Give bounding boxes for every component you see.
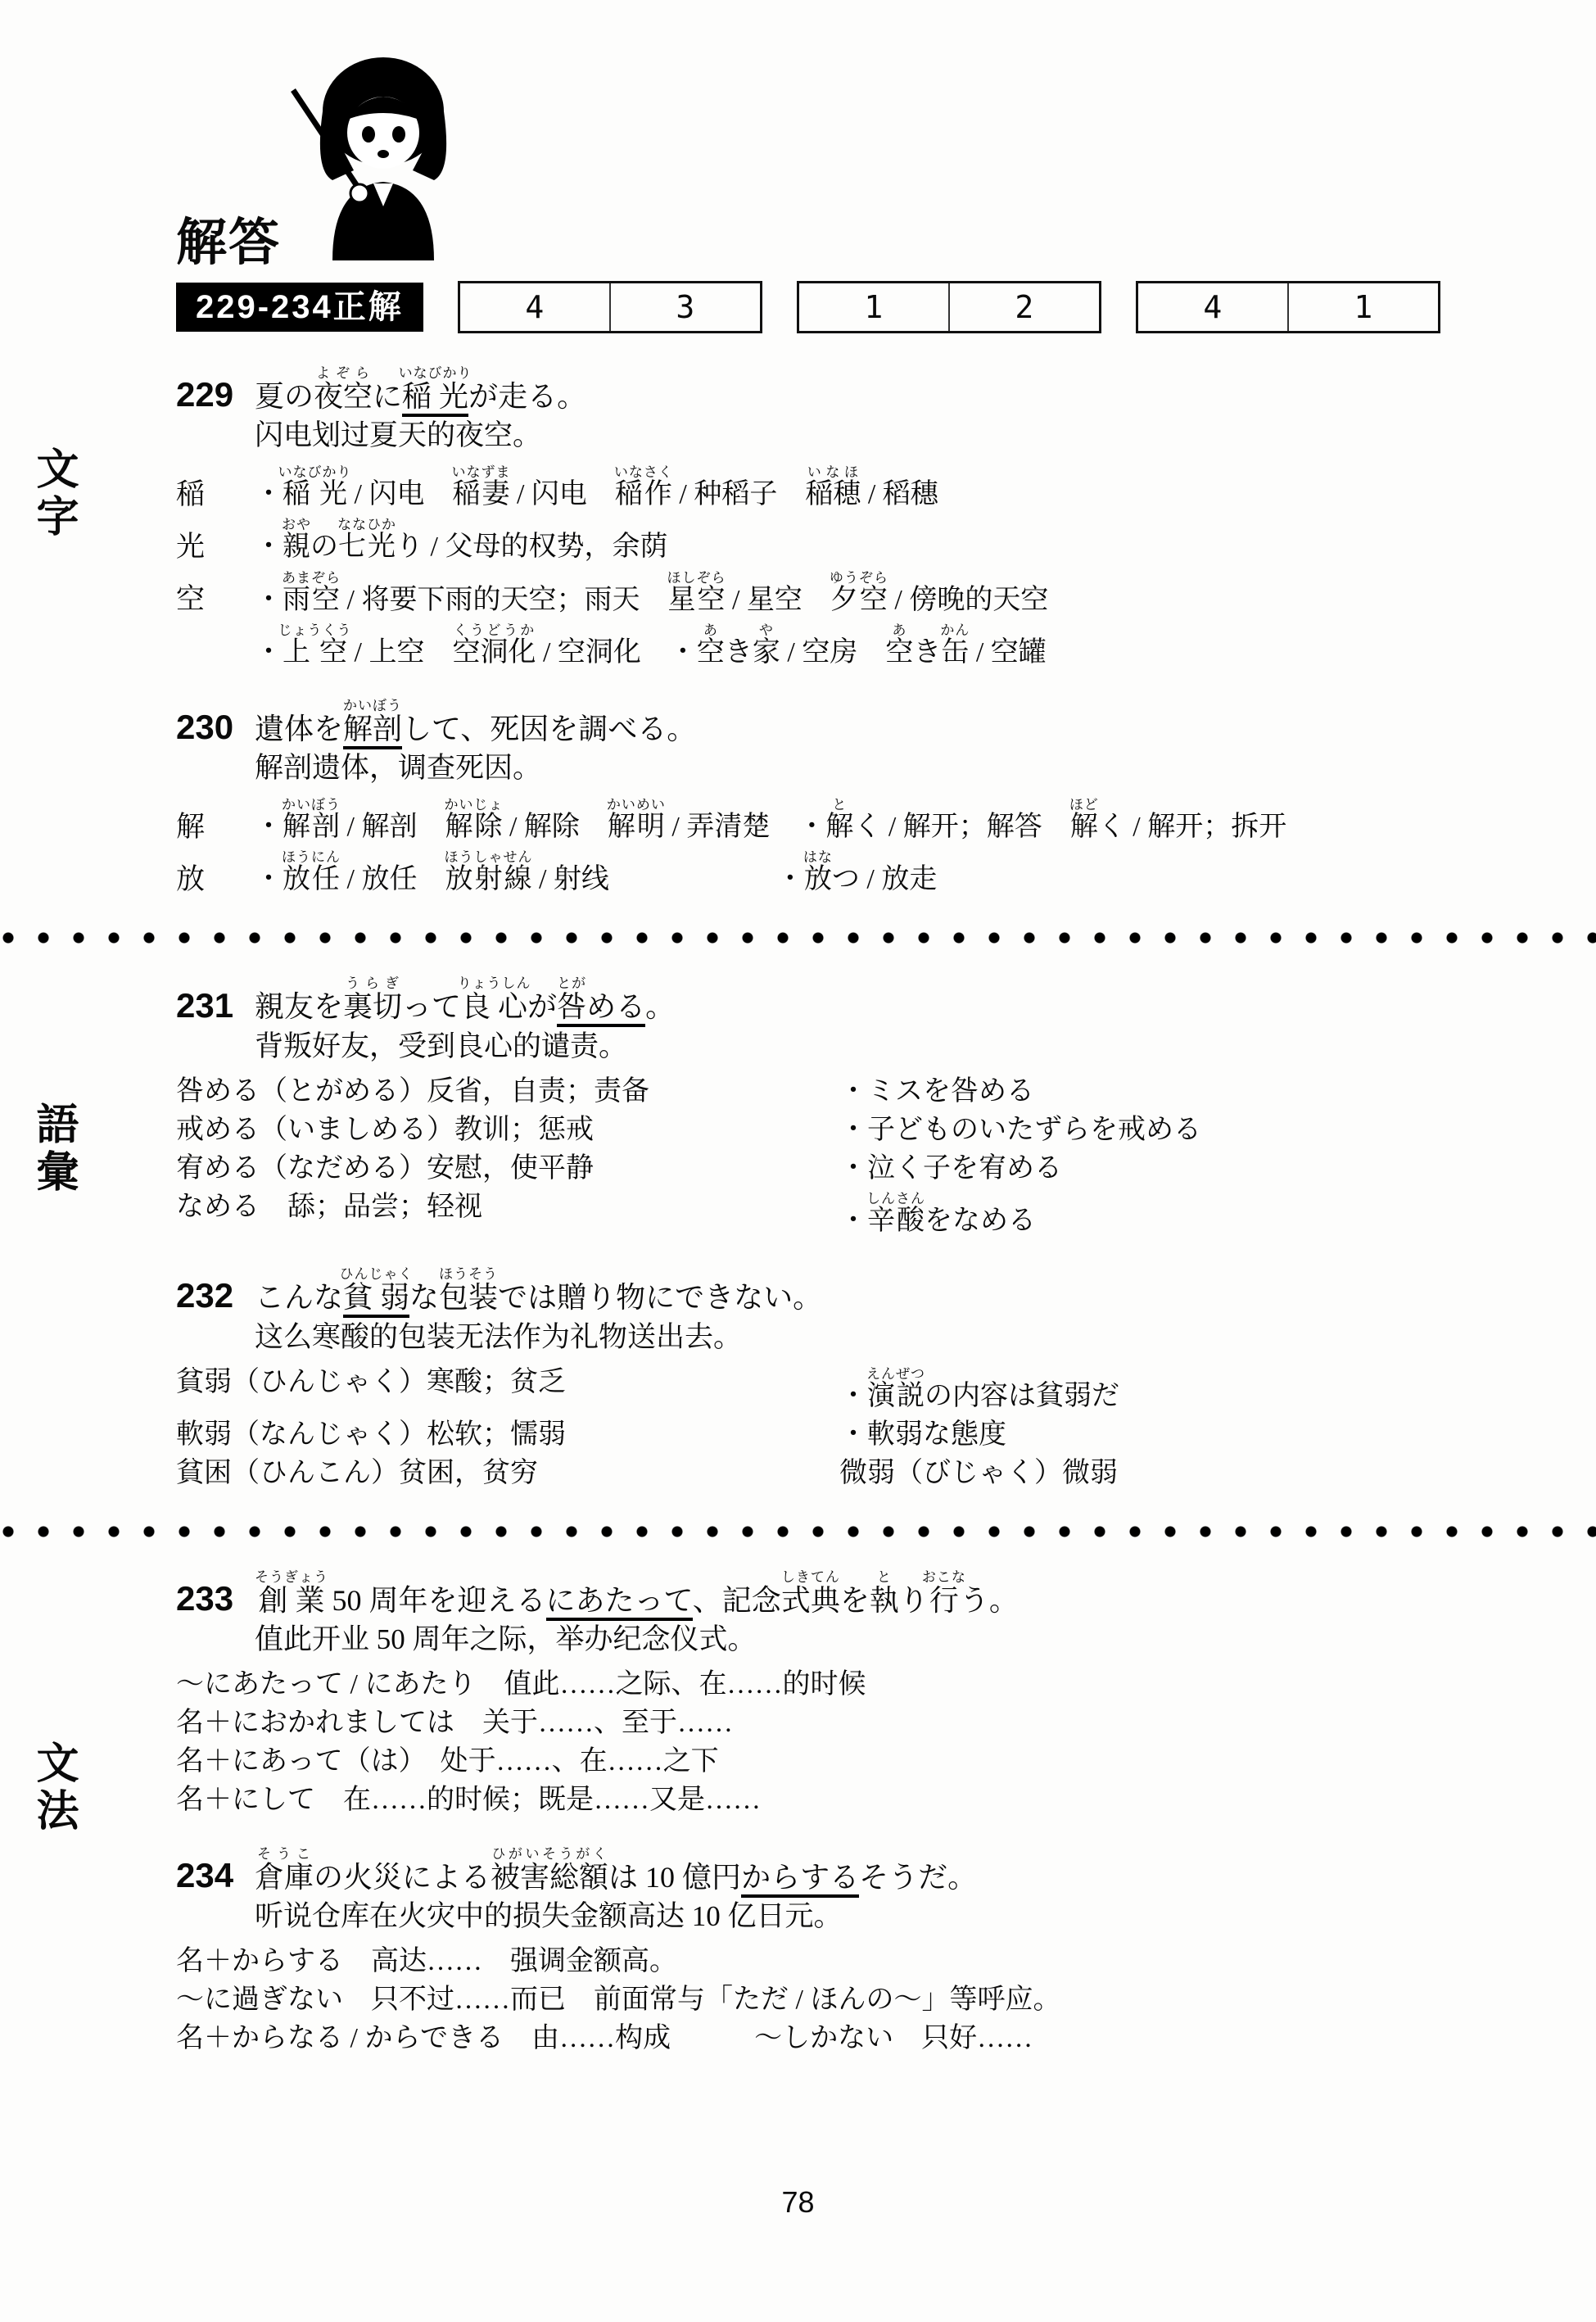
- question-number: 234: [176, 1857, 255, 1894]
- textbook-answer-page: 文字 語彙 文法 解答 229-234正解: [0, 0, 1596, 2322]
- chinese-translation: 听说仓库在火灾中的损失金额高达 10 亿日元。: [255, 1899, 1568, 1934]
- dotted-separator: [0, 930, 1596, 946]
- row-text: ・子どものいたずらを戒める: [839, 1114, 1201, 1146]
- row-text: ・放任ほうにん / 放任 放射線ほうしゃせん / 射线 ・放はなつ / 放走: [255, 849, 937, 895]
- explanation-row: ・上空じょうくう / 上空 空洞化くうどうか / 空洞化 ・空あき家や / 空房…: [176, 622, 1568, 668]
- row-text: ・雨空あまぞら / 将要下雨的天空；雨天 星空ほしぞら / 星空 夕空ゆうぞら …: [255, 570, 1048, 616]
- explanation-rows: ～にあたって / にあたり 值此……之际、在……的时候名＋におかれましては 关于…: [176, 1668, 1568, 1816]
- explanation-row: 貧弱（ひんじゃく）寒酸；贫乏・演説えんぜつの内容は貧弱だ: [176, 1366, 1568, 1412]
- row-text: ・解剖かいぼう / 解剖 解除かいじょ / 解除 解明かいめい / 弄清楚 ・解…: [255, 797, 1286, 843]
- explanation-rows: 貧弱（ひんじゃく）寒酸；贫乏・演説えんぜつの内容は貧弱だ軟弱（なんじゃく）松软；…: [176, 1366, 1568, 1489]
- row-text: ・泣く子を宥める: [839, 1152, 1062, 1184]
- margin-label-goi: 語彙: [23, 1102, 84, 1197]
- explanation-row: 戒める（いましめる）教训；惩戒・子どものいたずらを戒める: [176, 1114, 1568, 1146]
- explanation-rows: 咎める（とがめる）反省，自责；责备・ミスを咎める戒める（いましめる）教训；惩戒・…: [176, 1075, 1568, 1237]
- row-text: 軟弱（なんじゃく）松软；懦弱: [176, 1419, 839, 1451]
- row-text: 貧弱（ひんじゃく）寒酸；贫乏: [176, 1366, 839, 1412]
- page-title: 解答: [176, 201, 281, 274]
- explanation-row: 名＋からなる / からできる 由……构成 ～しかない 只好……: [176, 2022, 1568, 2054]
- question-section: 232 こんな貧弱ひんじゃくな包装ほうそうでは贈り物にできない。 这么寒酸的包装…: [176, 1266, 1568, 1489]
- answer-cell: 3: [609, 283, 760, 331]
- kanji-key: 放: [176, 864, 255, 896]
- explanation-row: なめる 舔；品尝；轻视・辛酸しんさんをなめる: [176, 1191, 1568, 1237]
- answer-cell: 2: [948, 283, 1099, 331]
- explanation-row: 解・解剖かいぼう / 解剖 解除かいじょ / 解除 解明かいめい / 弄清楚 ・…: [176, 797, 1568, 843]
- margin-label-bunpo: 文法: [23, 1740, 84, 1835]
- question-section: 230 遺体を解剖かいぼうして、死因を調べる。 解剖遗体，调查死因。 解・解剖か…: [176, 698, 1568, 896]
- row-text: 名＋にあって（は） 处于……、在……之下: [176, 1745, 719, 1777]
- question-heading-line: 233 創業そうぎょう 50 周年を迎えるにあたって、記念式典しきてんを執とり行…: [176, 1569, 1568, 1618]
- answer-cell: 4: [460, 283, 609, 331]
- question-sentence: 創業そうぎょう 50 周年を迎えるにあたって、記念式典しきてんを執とり行おこなう…: [255, 1569, 1019, 1618]
- chinese-translation: 值此开业 50 周年之际，举办纪念仪式。: [255, 1623, 1568, 1657]
- question-sentence: こんな貧弱ひんじゃくな包装ほうそうでは贈り物にできない。: [255, 1266, 822, 1315]
- dotted-separator: [0, 1523, 1596, 1540]
- answer-range-label: 229-234正解: [176, 283, 423, 332]
- question-sentence: 夏の夜空よぞらに稲光いなびかりが走る。: [255, 365, 586, 414]
- explanation-row: 空・雨空あまぞら / 将要下雨的天空；雨天 星空ほしぞら / 星空 夕空ゆうぞら…: [176, 570, 1568, 616]
- row-text: ・軟弱な態度: [839, 1419, 1006, 1451]
- explanation-rows: 解・解剖かいぼう / 解剖 解除かいじょ / 解除 解明かいめい / 弄清楚 ・…: [176, 797, 1568, 895]
- question-heading-line: 234 倉庫そうこの火災による被害総額ひがいそうがくは 10 億円からするそうだ…: [176, 1846, 1568, 1894]
- row-text: 微弱（びじゃく）微弱: [839, 1457, 1118, 1489]
- row-text: ・稲光いなびかり / 闪电 稲妻いなずま / 闪电 稲作いなさく / 种稻子 稲…: [255, 464, 938, 510]
- row-text: ・演説えんぜつの内容は貧弱だ: [839, 1366, 1119, 1412]
- explanation-row: 放・放任ほうにん / 放任 放射線ほうしゃせん / 射线 ・放はなつ / 放走: [176, 849, 1568, 895]
- row-text: 宥める（なだめる）安慰，使平静: [176, 1152, 839, 1184]
- answer-box-1: 4 3: [458, 281, 762, 333]
- page-number: 78: [0, 2185, 1596, 2220]
- row-text: 貧困（ひんこん）贫困，贫穷: [176, 1457, 839, 1489]
- explanation-row: ～にあたって / にあたり 值此……之际、在……的时候: [176, 1668, 1568, 1700]
- explanation-row: 軟弱（なんじゃく）松软；懦弱・軟弱な態度: [176, 1419, 1568, 1451]
- question-sentence: 倉庫そうこの火災による被害総額ひがいそうがくは 10 億円からするそうだ。: [255, 1846, 977, 1894]
- kanji-key: 空: [176, 584, 255, 616]
- question-section: 229 夏の夜空よぞらに稲光いなびかりが走る。 闪电划过夏天的夜空。 稲・稲光い…: [176, 365, 1568, 668]
- explanation-row: 貧困（ひんこん）贫困，贫穷微弱（びじゃく）微弱: [176, 1457, 1568, 1489]
- explanation-row: 光・親おやの七光ななひかり / 父母的权势，余荫: [176, 517, 1568, 563]
- answer-box-2: 1 2: [797, 281, 1101, 333]
- row-text: 名＋からなる / からできる 由……构成 ～しかない 只好……: [176, 2022, 1033, 2054]
- explanation-rows: 名＋からする 高达…… 强调金额高。～に過ぎない 只不过……而已 前面常与「ただ…: [176, 1945, 1568, 2054]
- row-text: ・上空じょうくう / 上空 空洞化くうどうか / 空洞化 ・空あき家や / 空房…: [255, 622, 1047, 668]
- explanation-row: 咎める（とがめる）反省，自责；责备・ミスを咎める: [176, 1075, 1568, 1107]
- question-number: 233: [176, 1580, 255, 1618]
- row-text: ～に過ぎない 只不过……而已 前面常与「ただ / ほんの～」等呼应。: [176, 1984, 1060, 2016]
- answer-bar: 229-234正解 4 3 1 2 4 1: [176, 278, 1568, 336]
- explanation-row: 名＋にあって（は） 处于……、在……之下: [176, 1745, 1568, 1777]
- question-section: 231 親友を裏切うらぎって良心りょうしんが咎とがめる。 背叛好友，受到良心的谴…: [176, 975, 1568, 1237]
- question-section: 233 創業そうぎょう 50 周年を迎えるにあたって、記念式典しきてんを執とり行…: [176, 1569, 1568, 1817]
- chinese-translation: 背叛好友，受到良心的谴责。: [255, 1030, 1568, 1064]
- question-heading-line: 230 遺体を解剖かいぼうして、死因を調べる。: [176, 698, 1568, 746]
- question-sentence: 親友を裏切うらぎって良心りょうしんが咎とがめる。: [255, 975, 675, 1024]
- question-sentence: 遺体を解剖かいぼうして、死因を調べる。: [255, 698, 696, 746]
- explanation-rows: 稲・稲光いなびかり / 闪电 稲妻いなずま / 闪电 稲作いなさく / 种稻子 …: [176, 464, 1568, 668]
- page-content: 解答 229-234正解 4 3: [176, 48, 1568, 2054]
- sections-container: 229 夏の夜空よぞらに稲光いなびかりが走る。 闪电划过夏天的夜空。 稲・稲光い…: [176, 365, 1568, 2054]
- answer-cell: 1: [799, 283, 948, 331]
- row-text: ・辛酸しんさんをなめる: [839, 1191, 1036, 1237]
- question-heading-line: 229 夏の夜空よぞらに稲光いなびかりが走る。: [176, 365, 1568, 414]
- page-header: 解答: [176, 48, 1568, 267]
- row-text: なめる 舔；品尝；轻视: [176, 1191, 839, 1237]
- question-heading-line: 232 こんな貧弱ひんじゃくな包装ほうそうでは贈り物にできない。: [176, 1266, 1568, 1315]
- row-text: 咎める（とがめる）反省，自责；责备: [176, 1075, 839, 1107]
- row-text: ・ミスを咎める: [839, 1075, 1034, 1107]
- row-text: ～にあたって / にあたり 值此……之际、在……的时候: [176, 1668, 866, 1700]
- row-text: 名＋からする 高达…… 强调金额高。: [176, 1945, 677, 1977]
- explanation-row: 稲・稲光いなびかり / 闪电 稲妻いなずま / 闪电 稲作いなさく / 种稻子 …: [176, 464, 1568, 510]
- chinese-translation: 解剖遗体，调查死因。: [255, 751, 1568, 785]
- row-text: 戒める（いましめる）教训；惩戒: [176, 1114, 839, 1146]
- row-text: 名＋におかれましては 关于……、至于……: [176, 1707, 733, 1739]
- answer-cell: 4: [1138, 283, 1287, 331]
- question-number: 229: [176, 376, 255, 414]
- kanji-key: 稲: [176, 479, 255, 511]
- teacher-girl-icon: [278, 48, 483, 267]
- explanation-row: ～に過ぎない 只不过……而已 前面常与「ただ / ほんの～」等呼应。: [176, 1984, 1568, 2016]
- row-text: ・親おやの七光ななひかり / 父母的权势，余荫: [255, 517, 667, 563]
- explanation-row: 名＋からする 高达…… 强调金额高。: [176, 1945, 1568, 1977]
- kanji-key: 解: [176, 812, 255, 844]
- kanji-key: 光: [176, 532, 255, 564]
- row-text: 名＋にして 在……的时候；既是……又是……: [176, 1784, 761, 1816]
- question-section: 234 倉庫そうこの火災による被害総額ひがいそうがくは 10 億円からするそうだ…: [176, 1846, 1568, 2055]
- explanation-row: 名＋にして 在……的时候；既是……又是……: [176, 1784, 1568, 1816]
- chinese-translation: 闪电划过夏天的夜空。: [255, 419, 1568, 453]
- margin-label-moji: 文字: [23, 446, 84, 541]
- question-heading-line: 231 親友を裏切うらぎって良心りょうしんが咎とがめる。: [176, 975, 1568, 1024]
- question-number: 232: [176, 1277, 255, 1315]
- question-number: 231: [176, 987, 255, 1025]
- chinese-translation: 这么寒酸的包装无法作为礼物送出去。: [255, 1320, 1568, 1355]
- answer-box-3: 4 1: [1136, 281, 1440, 333]
- explanation-row: 名＋におかれましては 关于……、至于……: [176, 1707, 1568, 1739]
- explanation-row: 宥める（なだめる）安慰，使平静・泣く子を宥める: [176, 1152, 1568, 1184]
- answer-cell: 1: [1287, 283, 1438, 331]
- question-number: 230: [176, 708, 255, 746]
